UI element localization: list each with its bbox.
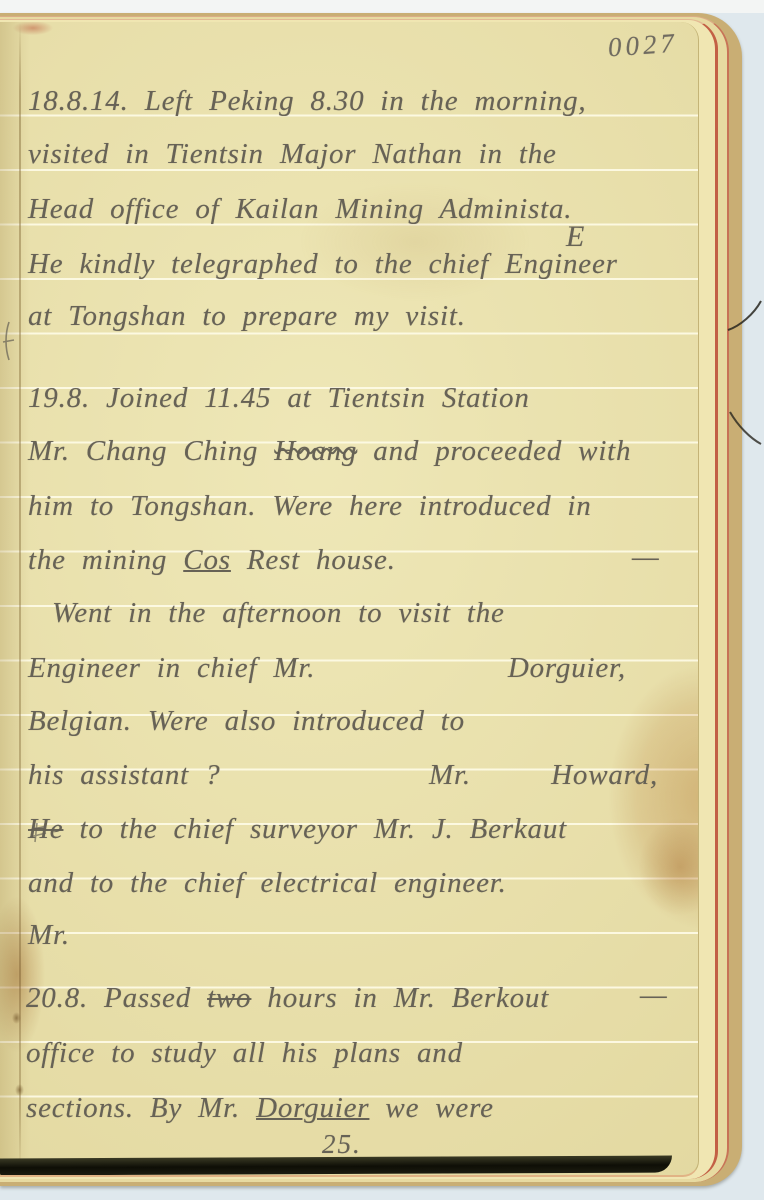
handwriting-segment: 19.8. Joined 11.45 at Tientsin Station bbox=[28, 382, 530, 414]
handwriting-segment: He kindly telegraphed to the chief Engin… bbox=[28, 248, 618, 280]
handwriting-segment: the mining bbox=[28, 544, 183, 576]
notebook: 0027 18.8.14. Left Peking 8.30 in the mo… bbox=[0, 13, 742, 1186]
page-number: 25. bbox=[322, 1129, 362, 1160]
handwriting-segment: visited in Tientsin Major Nathan in the bbox=[28, 138, 557, 170]
handwriting-line: Went in the afternoon to visit the bbox=[52, 597, 505, 630]
stitch-hole bbox=[12, 1012, 21, 1024]
binding-thread bbox=[726, 298, 764, 334]
handwriting-line: sections. By Mr. Dorguier we were bbox=[26, 1092, 494, 1125]
handwriting-segment: him to Tongshan. Were here introduced in bbox=[28, 490, 592, 522]
handwriting-segment: — bbox=[640, 978, 667, 1011]
handwriting-segment: Head office of Kailan Mining Administa. bbox=[28, 193, 572, 225]
struck-word: Hoang bbox=[274, 435, 357, 467]
handwriting-segment: Mr. bbox=[28, 919, 70, 951]
handwriting-line: him to Tongshan. Were here introduced in bbox=[28, 490, 592, 523]
handwriting-line: at Tongshan to prepare my visit. bbox=[28, 300, 466, 333]
margin-pencil-mark bbox=[0, 318, 16, 364]
struck-word: two bbox=[207, 982, 251, 1014]
binding-crease bbox=[19, 22, 21, 1175]
handwriting-segment: and proceeded with bbox=[357, 435, 631, 467]
binding-thread bbox=[728, 408, 764, 448]
handwriting-segment: hours in Mr. Berkout bbox=[251, 982, 549, 1014]
handwriting-line: 19.8. Joined 11.45 at Tientsin Station bbox=[28, 382, 530, 415]
handwriting-line: Mr. bbox=[28, 919, 70, 952]
handwriting-line: Engineer in chief Mr. Dorguier, bbox=[28, 652, 626, 685]
margin-dash: — bbox=[632, 540, 659, 574]
diary-page: 0027 18.8.14. Left Peking 8.30 in the mo… bbox=[0, 22, 699, 1177]
handwriting-line: and to the chief electrical engineer. bbox=[28, 867, 507, 900]
handwriting-segment: his assistant ? Mr. Howard, bbox=[28, 759, 658, 791]
scanner-background-top bbox=[0, 0, 764, 13]
handwriting-segment: to the chief surveyor Mr. J. Berkaut bbox=[63, 813, 567, 845]
handwriting-segment: sections. By Mr. bbox=[26, 1092, 256, 1124]
handwriting-line: He kindly telegraphed to the chief Engin… bbox=[28, 248, 618, 281]
handwriting-segment: Mr. Chang Ching bbox=[28, 435, 274, 467]
page-edge-stack-inner: 0027 18.8.14. Left Peking 8.30 in the mo… bbox=[0, 19, 718, 1179]
handwriting-line: his assistant ? Mr. Howard, bbox=[28, 759, 658, 792]
handwriting-line: office to study all his plans and bbox=[26, 1037, 463, 1070]
notebook-cover-edge bbox=[0, 1156, 672, 1176]
handwriting-line: Belgian. Were also introduced to bbox=[28, 705, 465, 738]
underlined-word: Cos bbox=[183, 544, 231, 576]
handwriting-segment: and to the chief electrical engineer. bbox=[28, 867, 507, 899]
handwriting-segment: 20.8. Passed bbox=[26, 982, 207, 1014]
handwriting-line: 20.8. Passed two hours in Mr. Berkout bbox=[26, 982, 549, 1015]
margin-pencil-mark bbox=[28, 822, 50, 844]
handwriting-line: He to the chief surveyor Mr. J. Berkaut bbox=[28, 813, 567, 846]
handwriting-segment: at Tongshan to prepare my visit. bbox=[28, 300, 466, 332]
correction-letter-above: E bbox=[566, 220, 585, 254]
page-edge-stack-outer: 0027 18.8.14. Left Peking 8.30 in the mo… bbox=[0, 16, 729, 1182]
stitch-hole bbox=[15, 1084, 24, 1096]
handwriting-line: Head office of Kailan Mining Administa. bbox=[28, 193, 572, 226]
handwriting-line: visited in Tientsin Major Nathan in the bbox=[28, 138, 557, 171]
handwriting-segment: — bbox=[632, 540, 659, 573]
handwriting-segment: E bbox=[566, 220, 585, 253]
handwriting-segment: 18.8.14. Left Peking 8.30 in the morning… bbox=[28, 85, 586, 117]
handwriting-segment: Rest house. bbox=[231, 544, 396, 576]
handwriting-segment: Went in the afternoon to visit the bbox=[52, 597, 505, 629]
underlined-word: Dorguier bbox=[256, 1092, 369, 1124]
handwriting-segment: office to study all his plans and bbox=[26, 1037, 463, 1069]
archive-number: 0027 bbox=[607, 28, 679, 64]
handwriting-segment: Engineer in chief Mr. Dorguier, bbox=[28, 652, 626, 684]
handwriting-line: 18.8.14. Left Peking 8.30 in the morning… bbox=[28, 85, 586, 118]
handwriting-segment: Belgian. Were also introduced to bbox=[28, 705, 465, 737]
handwriting-segment: we were bbox=[369, 1092, 493, 1124]
handwriting-line: the mining Cos Rest house. bbox=[28, 544, 396, 577]
scanned-diary-photo: { "document": { "kind": "Handwritten dia… bbox=[0, 0, 764, 1200]
margin-dash: — bbox=[640, 978, 667, 1012]
handwriting-line: Mr. Chang Ching Hoang and proceeded with bbox=[28, 435, 631, 468]
